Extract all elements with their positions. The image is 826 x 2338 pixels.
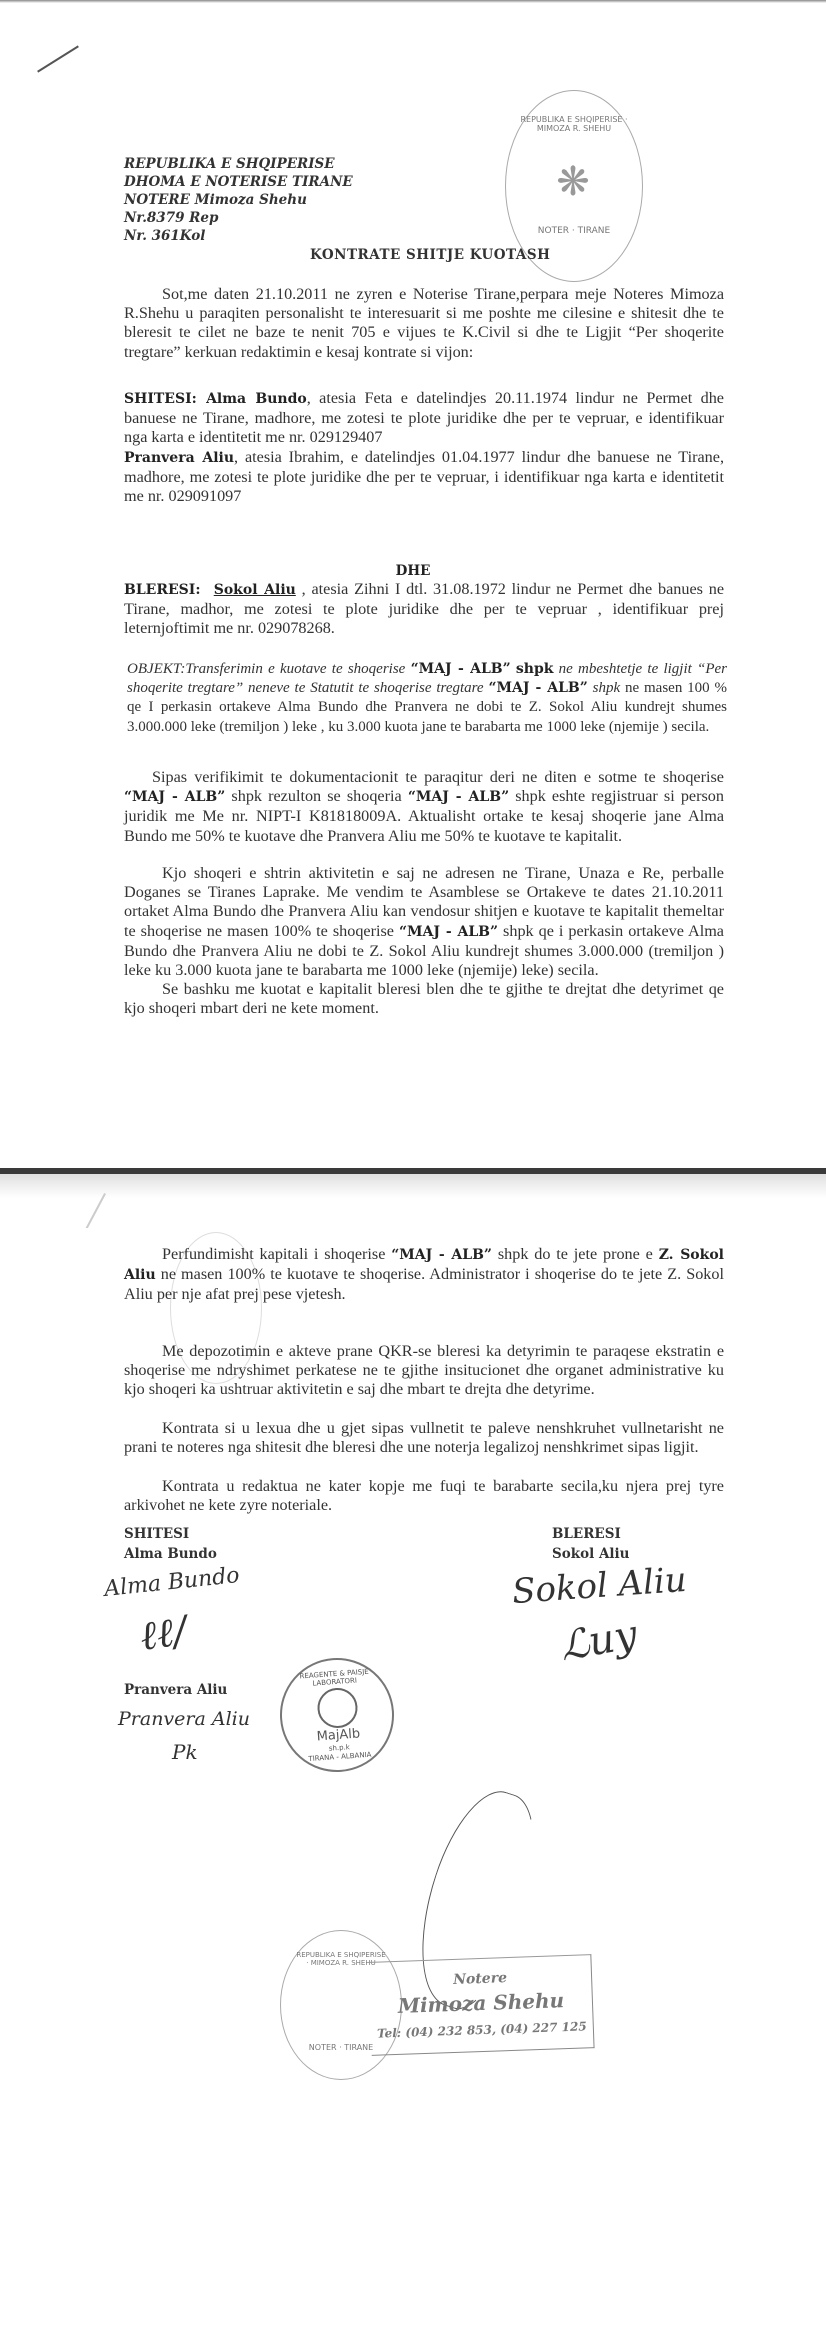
notary-box-name: Mimoza Shehu (370, 1987, 593, 2019)
object-paragraph: OBJEKT:Transferimin e kuotave te shoqeri… (127, 660, 727, 737)
reading-paragraph: Kontrata si u lexua dhe u gjet sipas vul… (124, 1419, 724, 1457)
company-seal-icon: REAGENTE & PAISJE LABORATORI MajAlb sh.p… (276, 1654, 398, 1776)
buyer-signature: Sokol Aliu (511, 1560, 688, 1612)
contract-title: KONTRATE SHITJE KUOTASH (310, 247, 550, 263)
eagle-icon: ❋ (550, 153, 596, 211)
buyer-label: BLERESI (124, 582, 195, 598)
final-text: ne masen 100% te kuotave te shoqerise. A… (124, 1265, 724, 1303)
header-line: Nr. 361Kol (124, 227, 353, 245)
seller1-initials-icon: ℓℓ/ (137, 1607, 190, 1660)
company-type: shpk (593, 680, 621, 696)
final-text: shpk do te jete prone e (492, 1245, 659, 1263)
final-paragraph: Perfundimisht kapitali i shoqerise “MAJ … (124, 1245, 724, 1305)
and-separator: DHE (0, 563, 826, 579)
copies-paragraph: Kontrata u redaktua ne kater kopje me fu… (124, 1477, 724, 1515)
buyer-heading: BLERESI (552, 1524, 630, 1544)
header-line: NOTERE Mimoza Shehu (124, 191, 353, 209)
seller2-label: Pranvera Aliu (124, 1680, 227, 1700)
seller-signature-block: SHITESI Alma Bundo (124, 1524, 217, 1564)
company-name: “MAJ - ALB” (124, 789, 225, 805)
company-name: “MAJ - ALB” (399, 924, 498, 940)
intro-text: Sot,me daten 21.10.2011 ne zyren e Noter… (124, 285, 724, 361)
reading-text: Kontrata si u lexua dhe u gjet sipas vul… (124, 1419, 724, 1456)
company-name: “MAJ - ALB” (408, 789, 509, 805)
verification-text: shpk rezulton se shoqeria (225, 787, 408, 805)
deposit-paragraph: Me depozotimin e akteve prane QKR-se ble… (124, 1342, 724, 1400)
rights-text: Se bashku me kuotat e kapitalit bleresi … (124, 980, 724, 1017)
header-line: DHOMA E NOTERISE TIRANE (124, 173, 353, 191)
seal-text: NOTER · TIRANE (506, 226, 642, 236)
seller-heading: SHITESI (124, 1524, 217, 1544)
seller-label: SHITESI (124, 391, 192, 407)
object-text: OBJEKT:Transferimin e kuotave te shoqeri… (127, 661, 411, 677)
buyer-initials-icon: ℒuy (557, 1612, 641, 1671)
verification-text: Sipas verifikimit te dokumentacionit te … (152, 768, 724, 786)
notary-stamp-box: Notere Mimoza Shehu Tel: (04) 232 853, (… (368, 1954, 594, 2056)
buyer-label: Sokol Aliu (552, 1544, 630, 1564)
buyer-paragraph: BLERESI: Sokol Aliu , atesia Zihni I dtl… (124, 580, 724, 639)
company-name: “MAJ - ALB” (411, 661, 511, 677)
buyer-signature-block: BLERESI Sokol Aliu (552, 1524, 630, 1564)
notary-header: REPUBLIKA E SHQIPERISE DHOMA E NOTERISE … (124, 155, 353, 245)
seal-text: REAGENTE & PAISJE LABORATORI (279, 1666, 390, 1690)
notary-box-phone: Tel: (04) 232 853, (04) 227 125 (371, 2019, 593, 2041)
seller1-signature: Alma Bundo (103, 1563, 241, 1602)
company-type: shpk (516, 661, 554, 677)
final-text: Perfundimisht kapitali i shoqerise (162, 1245, 391, 1263)
seller2-name: Pranvera Aliu (124, 450, 234, 466)
header-line: Nr.8379 Rep (124, 209, 353, 227)
scan-edge (0, 0, 826, 3)
seller1-name: Alma Bundo (206, 391, 307, 407)
copies-text: Kontrata u redaktua ne kater kopje me fu… (124, 1477, 724, 1514)
flask-icon (316, 1687, 359, 1730)
header-line: REPUBLIKA E SHQIPERISE (124, 155, 353, 173)
page-shadow (0, 1174, 826, 1198)
company-name: “MAJ - ALB” (488, 680, 587, 696)
seller1-label: Alma Bundo (124, 1544, 217, 1564)
seller-paragraph: SHITESI: Alma Bundo, atesia Feta e datel… (124, 389, 724, 506)
buyer-name: Sokol Aliu (214, 582, 296, 598)
intro-paragraph: Sot,me daten 21.10.2011 ne zyren e Noter… (124, 285, 724, 362)
seller2-initials-icon: Pk (172, 1740, 198, 1764)
company-name: “MAJ - ALB” (391, 1247, 492, 1263)
seal-text: REPUBLIKA E SHQIPERISE · MIMOZA R. SHEHU (506, 115, 642, 133)
pen-mark (37, 45, 79, 72)
contract-page-2: Perfundimisht kapitali i shoqerise “MAJ … (0, 1228, 826, 2338)
verification-paragraph: Sipas verifikimit te dokumentacionit te … (124, 768, 724, 846)
deposit-text: Me depozotimin e akteve prane QKR-se ble… (124, 1342, 724, 1398)
activity-paragraph: Kjo shoqeri e shtrin aktivitetin e saj n… (124, 864, 724, 1019)
seller2-signature: Pranvera Aliu (118, 1708, 250, 1730)
contract-page-1: REPUBLIKA E SHQIPERISE DHOMA E NOTERISE … (0, 0, 826, 1220)
